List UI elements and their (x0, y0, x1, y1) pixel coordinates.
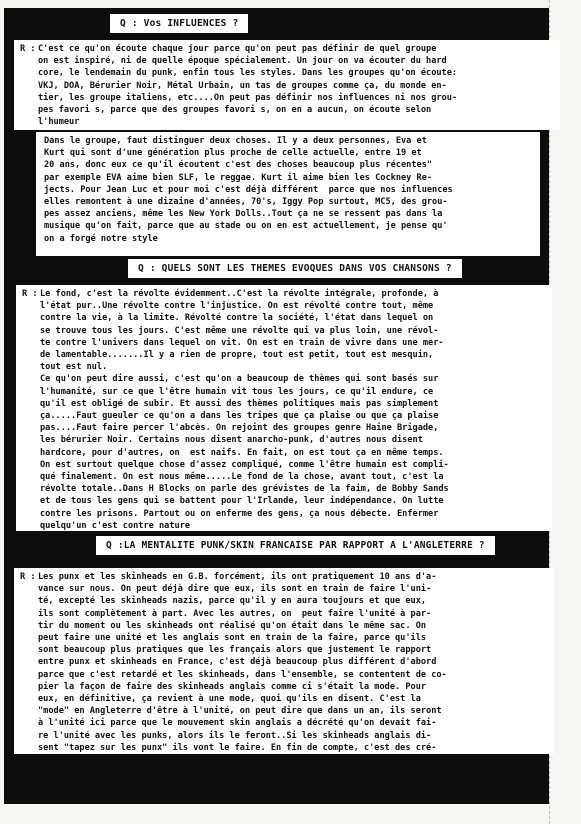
answer-text: Le fond, c'est la révolte évidemment..C'… (40, 288, 546, 532)
answer-mentality: R : Les punx et les skinheads en G.B. fo… (14, 568, 554, 754)
page-bottom-margin (0, 804, 549, 824)
answer-text: C'est ce qu'on écoute chaque jour parce … (38, 43, 554, 128)
answer-themes: R : Le fond, c'est la révolte évidemment… (16, 285, 552, 531)
answer-prefix: R : (22, 288, 38, 300)
answer-influences: R : C'est ce qu'on écoute chaque jour pa… (14, 40, 560, 130)
question-themes: Q : QUELS SONT LES THEMES EVOQUES DANS V… (128, 259, 462, 278)
answer-prefix: R : (20, 43, 36, 55)
answer-text: Les punx et les skinheads en G.B. forcém… (38, 571, 548, 754)
question-influences: Q : Vos INFLUENCES ? (110, 14, 248, 33)
answer-text: Dans le groupe, faut distinguer deux cho… (44, 135, 534, 245)
answer-influences-continued: Dans le groupe, faut distinguer deux cho… (36, 132, 540, 256)
question-mentality: Q :LA MENTALITE PUNK/SKIN FRANCAISE PAR … (96, 536, 495, 555)
answer-prefix: R : (20, 571, 36, 583)
